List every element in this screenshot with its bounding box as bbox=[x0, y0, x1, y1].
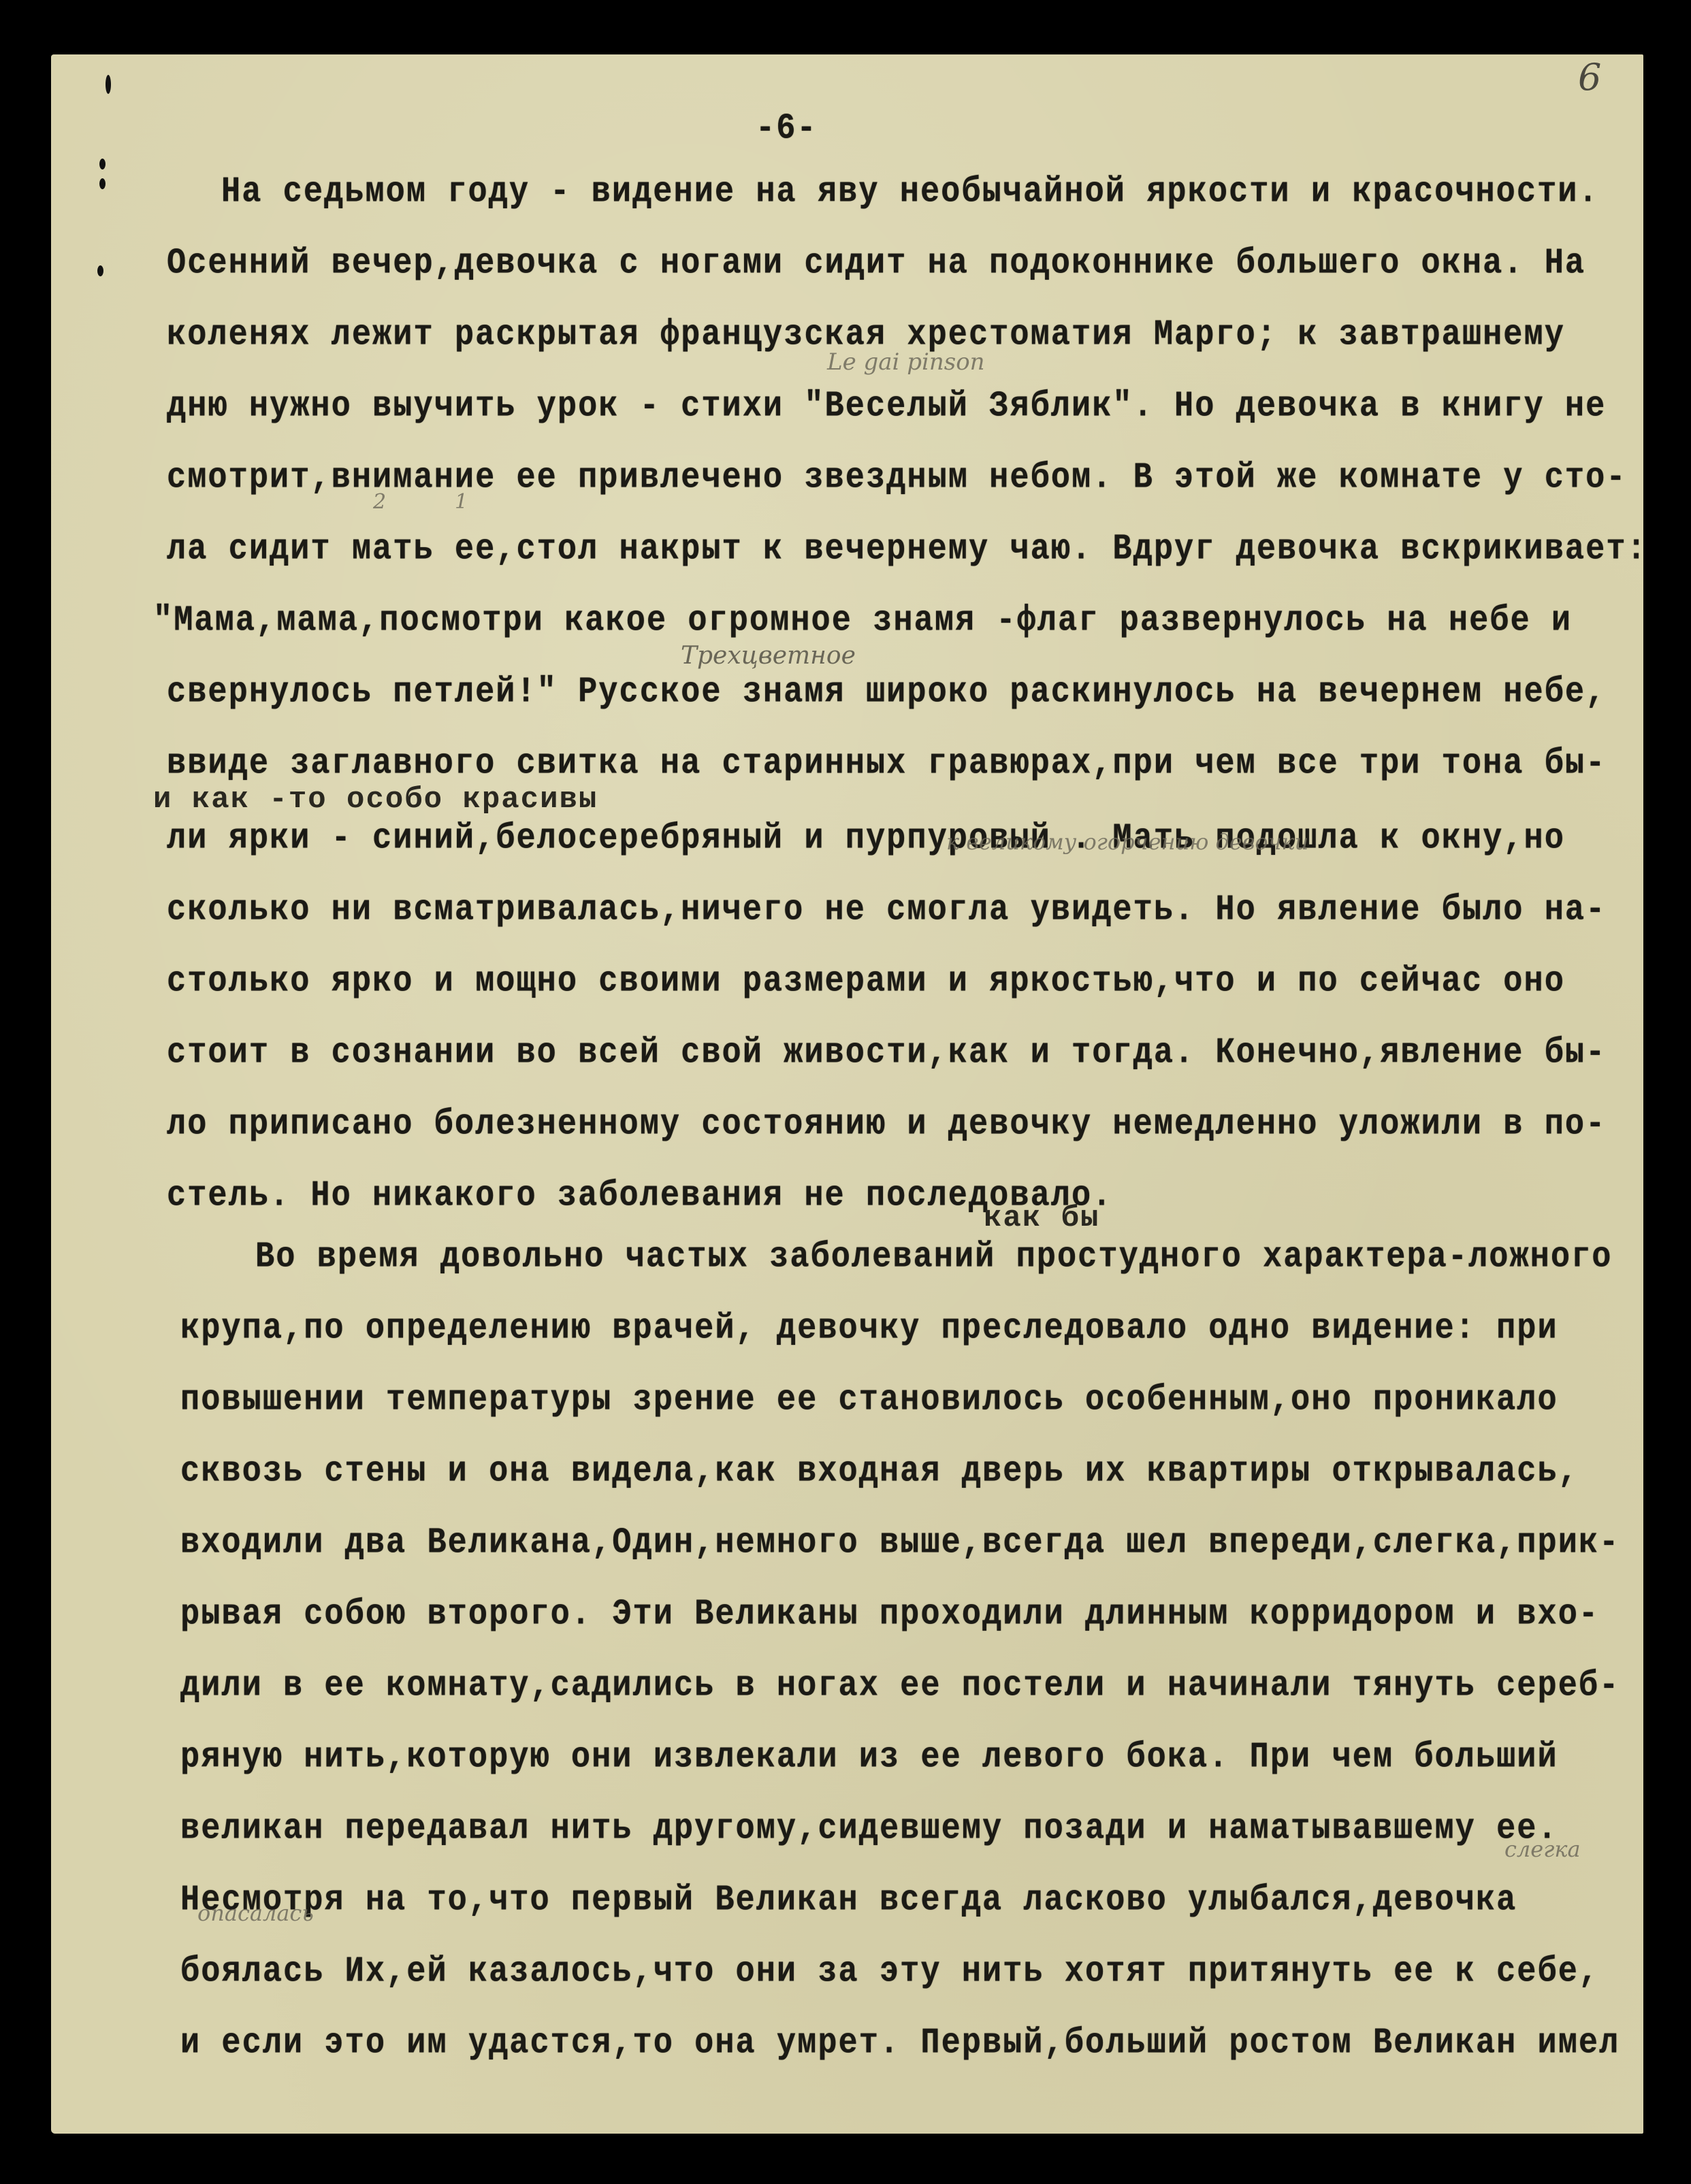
handwritten-insert: Трехцветное bbox=[681, 642, 856, 670]
text-line: Несмотря на то,что первый Великан всегда… bbox=[180, 1880, 1517, 1921]
text-line: ло приписано болезненному состоянию и де… bbox=[167, 1105, 1606, 1145]
handwritten-note: слегка bbox=[1504, 1836, 1581, 1862]
typed-insert: и как -то особо красивы bbox=[153, 783, 598, 817]
text-line: входили два Великана,Один,немного выше,в… bbox=[180, 1523, 1620, 1563]
text-line: ла сидит мать ее,стол накрыт к вечернему… bbox=[167, 529, 1647, 570]
text-line: сколько ни всматривалась,ничего не смогл… bbox=[167, 890, 1606, 930]
margin-mark bbox=[97, 265, 103, 276]
text-line: ввиде заглавного свитка на старинных гра… bbox=[167, 744, 1606, 784]
text-line: сквозь стены и она видела,как входная дв… bbox=[180, 1452, 1579, 1492]
handwritten-note: опасалась bbox=[197, 1900, 314, 1926]
text-line: свернулось петлей!" Русское знамя широко… bbox=[167, 672, 1606, 713]
text-line: Осенний вечер,девочка с ногами сидит на … bbox=[167, 244, 1585, 284]
text-line: дили в ее комнату,садились в ногах ее по… bbox=[180, 1666, 1620, 1706]
word-order-mark: 1 bbox=[455, 490, 468, 514]
text-line: На седьмом году - видение на яву необыча… bbox=[221, 172, 1599, 212]
typed-insert: как бы bbox=[984, 1201, 1099, 1235]
archive-page-number: 6 bbox=[1578, 56, 1601, 99]
text-line: столько ярко и мощно своими размерами и … bbox=[167, 962, 1565, 1002]
text-line: стель. Но никакого заболевания не послед… bbox=[167, 1176, 1112, 1216]
text-line: ряную нить,которую они извлекали из ее л… bbox=[180, 1738, 1558, 1778]
handwritten-note: Le gai pinson bbox=[827, 348, 985, 376]
text-line: крупа,по определению врачей, девочку пре… bbox=[180, 1309, 1558, 1349]
text-line: великан передавал нить другому,сидевшему… bbox=[180, 1809, 1558, 1849]
text-line: Во время довольно частых заболеваний про… bbox=[255, 1237, 1613, 1277]
margin-mark bbox=[99, 159, 106, 169]
handwritten-note: к великому огорчению девочки bbox=[946, 829, 1308, 855]
text-line: стоит в сознании во всей свой живости,ка… bbox=[167, 1033, 1606, 1073]
text-line: ли ярки - синий,белосеребряный и пурпуро… bbox=[167, 819, 1565, 859]
text-line: и если это им удастся,то она умрет. Перв… bbox=[180, 2023, 1620, 2064]
text-line: дню нужно выучить урок - стихи "Веселый … bbox=[167, 387, 1606, 427]
page-header: -6- bbox=[756, 109, 818, 149]
word-order-mark: 2 bbox=[373, 490, 386, 514]
text-line: боялась Их,ей казалось,что они за эту ни… bbox=[180, 1952, 1599, 1992]
margin-mark bbox=[99, 178, 106, 189]
text-line: "Мама,мама,посмотри какое огромное знамя… bbox=[153, 601, 1572, 641]
text-line: повышении температуры зрение ее становил… bbox=[180, 1380, 1558, 1420]
text-line: рывая собою второго. Эти Великаны проход… bbox=[180, 1595, 1599, 1635]
margin-mark bbox=[106, 75, 111, 94]
